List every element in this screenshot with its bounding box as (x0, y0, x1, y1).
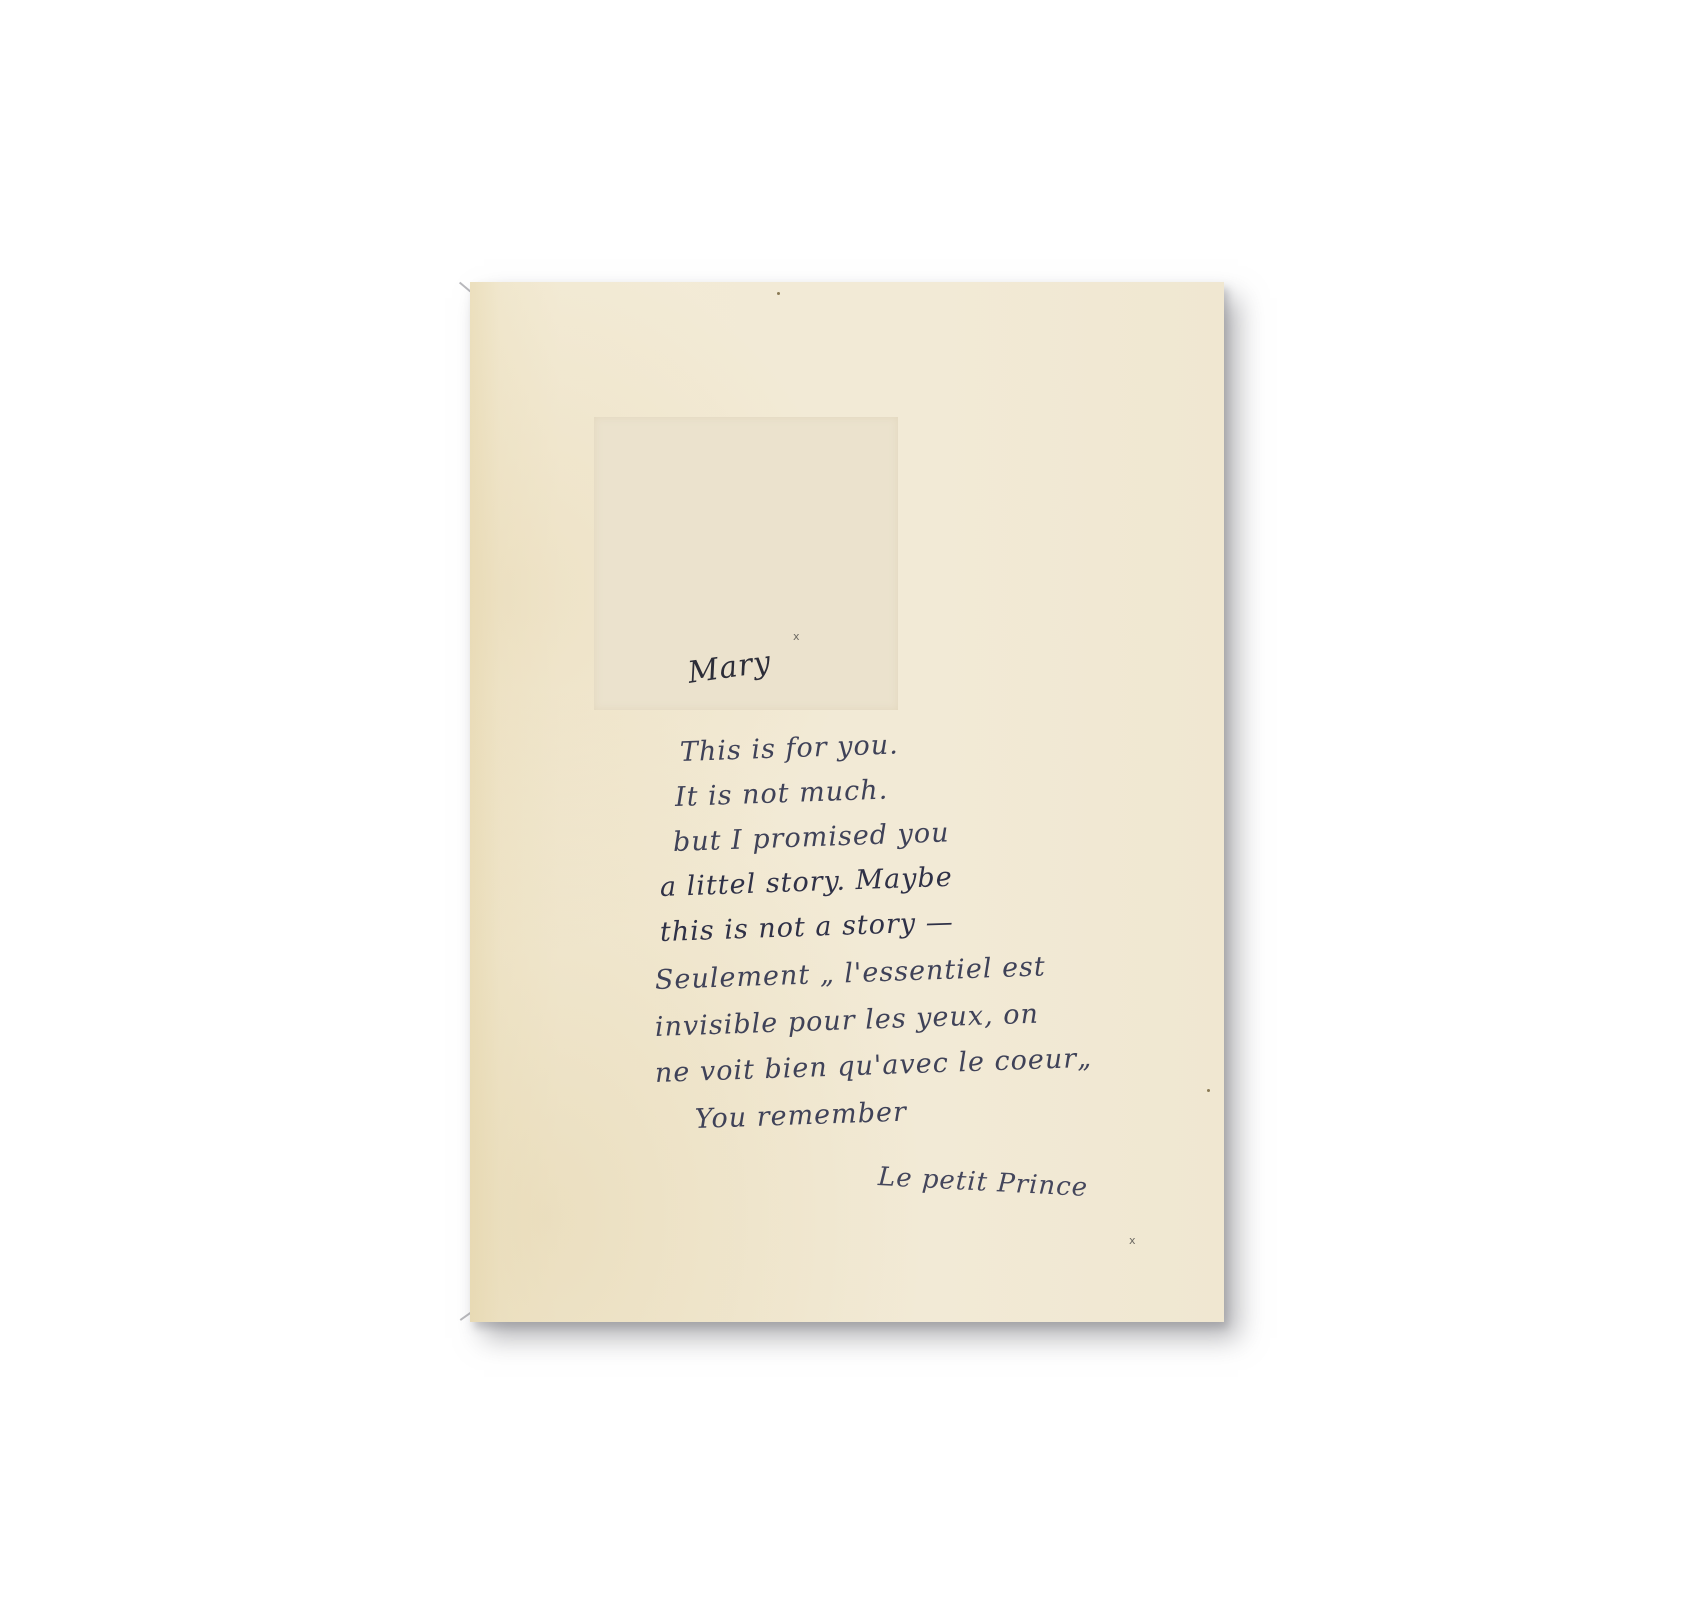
signature: Le petit Prince (877, 1162, 1089, 1203)
foxing-spot (1207, 1089, 1210, 1092)
pencil-x-mark: x (1129, 1234, 1136, 1247)
inscription-line-2: It is not much. (674, 775, 888, 813)
pencil-x-mark: x (793, 630, 800, 643)
book-page: x x Mary This is for you. It is not much… (470, 282, 1224, 1322)
inscription-line-4: a littel story. Maybe (659, 862, 953, 903)
inscription-line-9: You remember (694, 1097, 907, 1135)
inscription-line-8: ne voit bien qu'avec le coeur„ (654, 1043, 1092, 1089)
foxing-spot (777, 292, 780, 295)
inscription-line-6: Seulement „ l'essentiel est (654, 951, 1046, 996)
inscription-line-5: this is not a story — (659, 907, 954, 948)
inscription-line-7: invisible pour les yeux, on (654, 999, 1039, 1043)
inscription-line-3: but I promised you (672, 817, 950, 858)
inscription-line-1: This is for you. (679, 729, 899, 768)
